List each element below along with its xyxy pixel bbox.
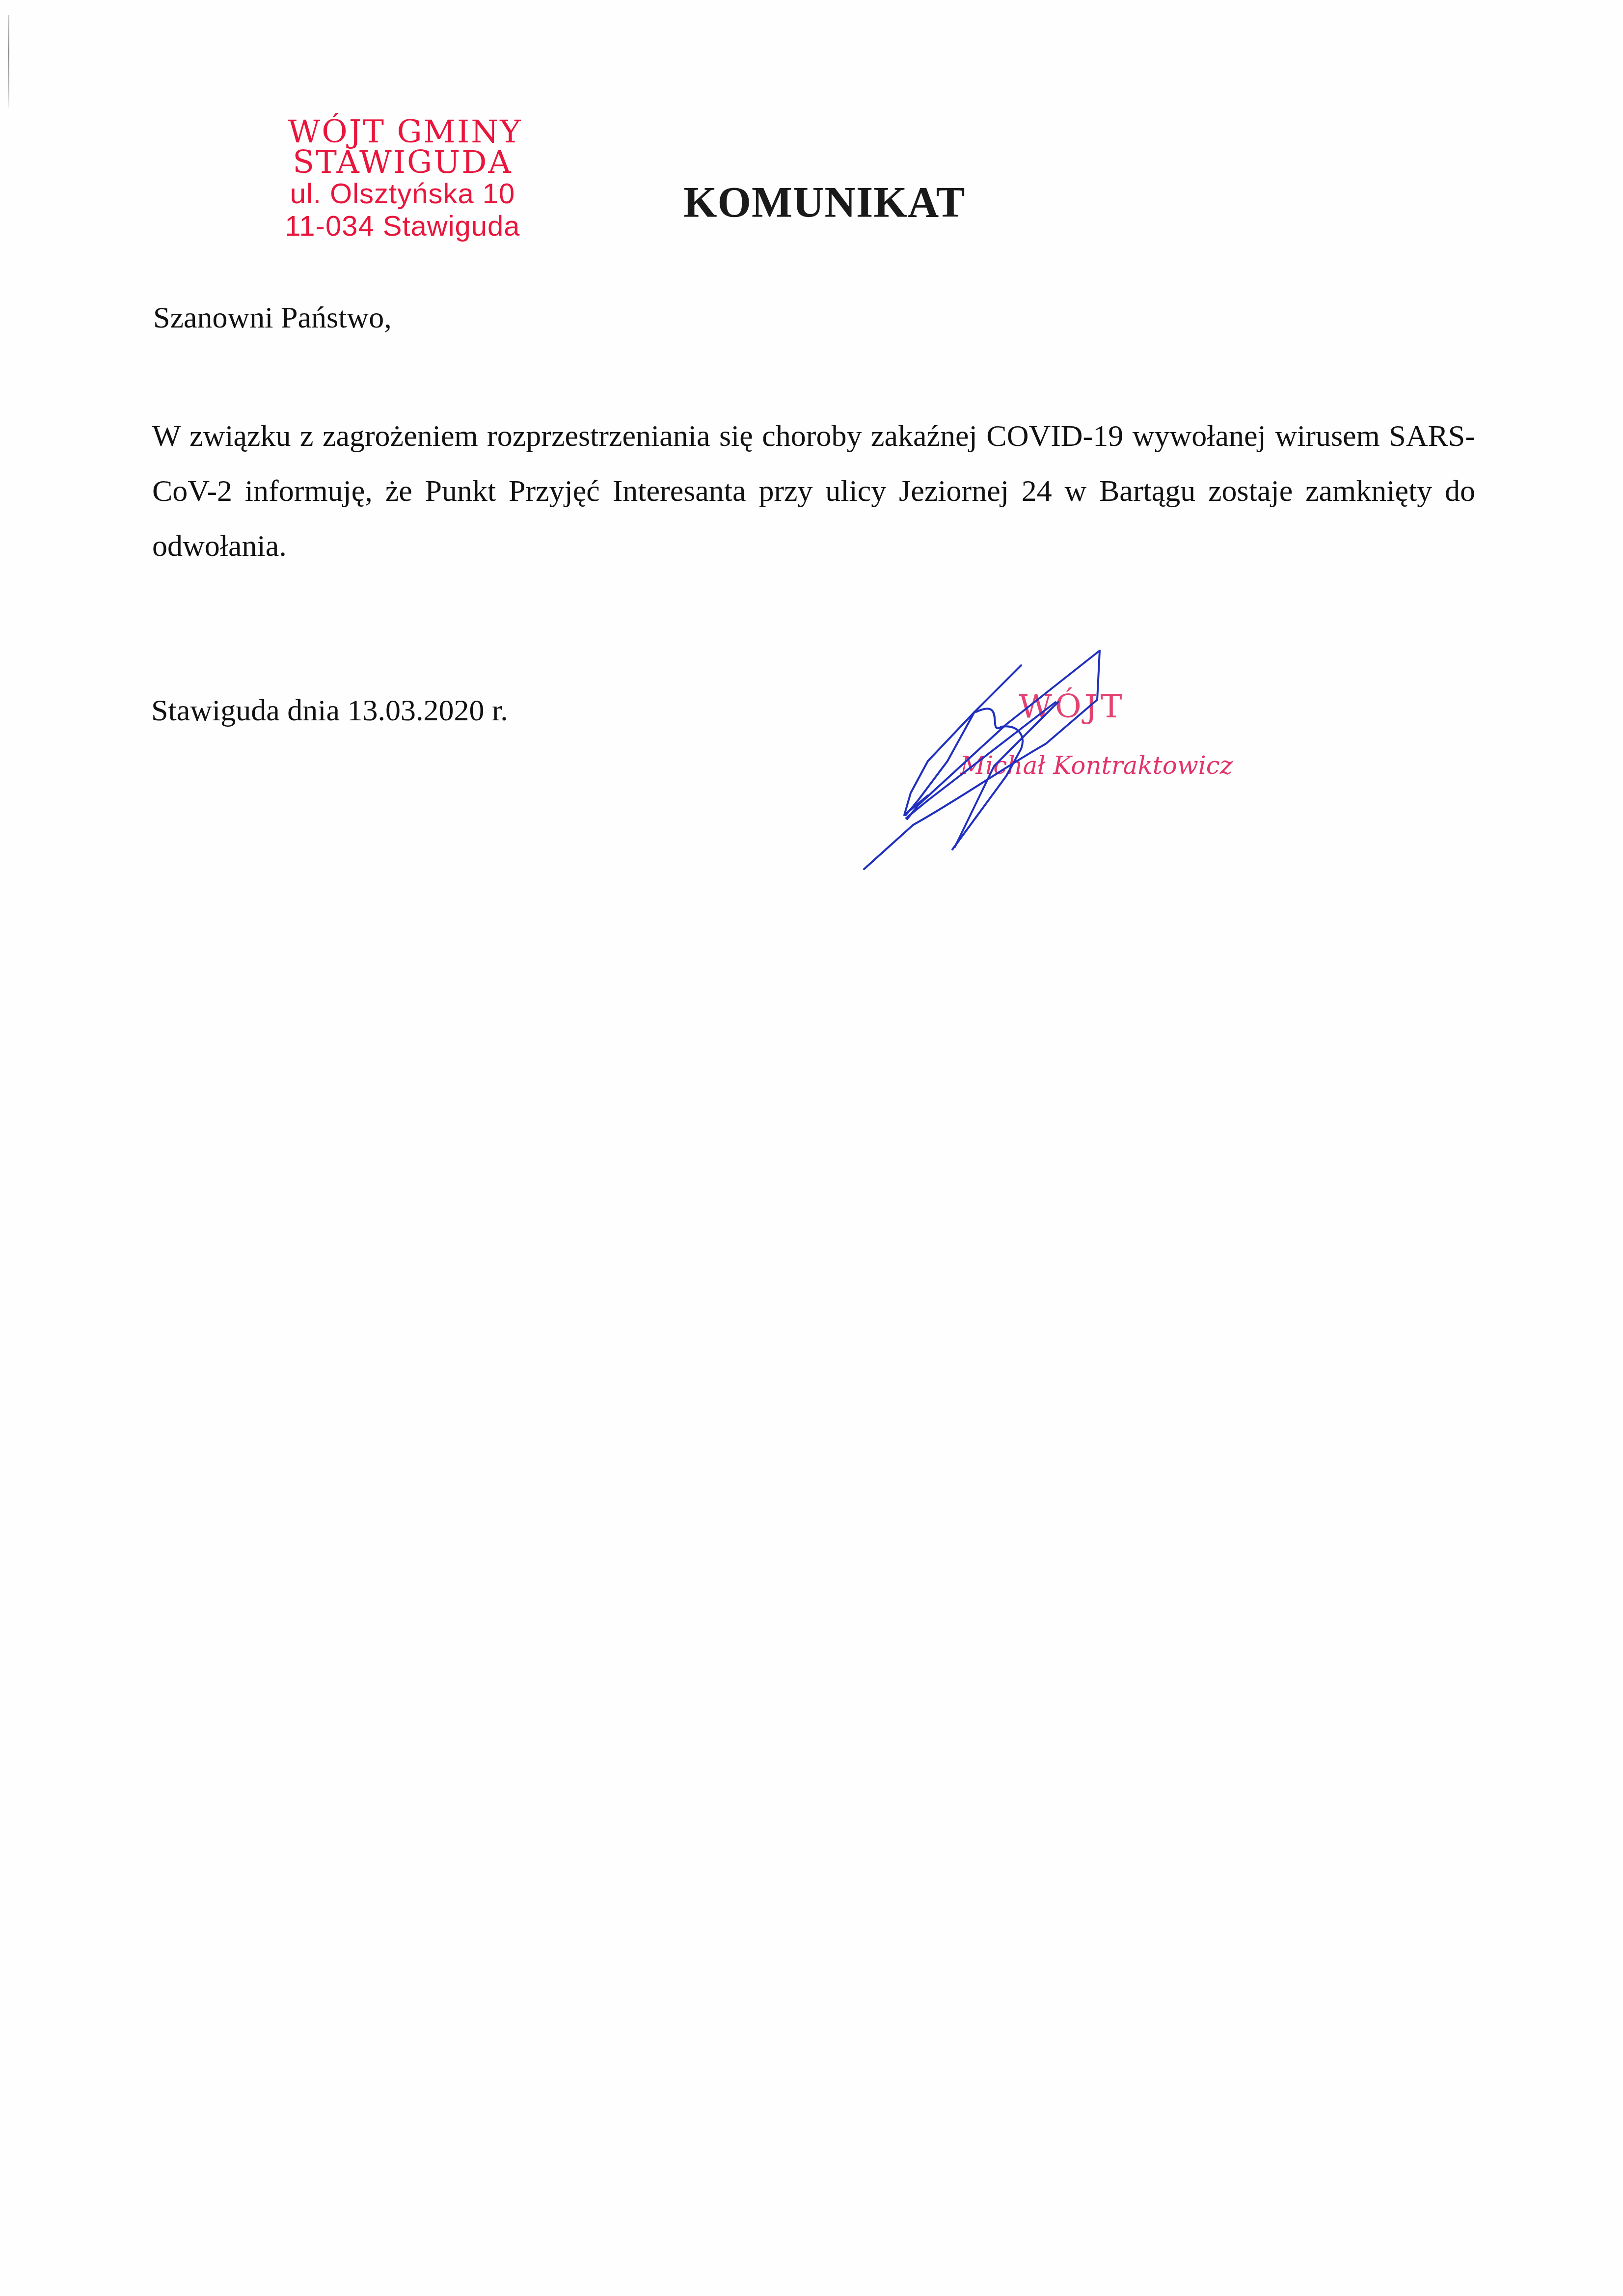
announcement-body: W związku z zagrożeniem rozprzestrzenian… bbox=[152, 409, 1475, 574]
greeting: Szanowni Państwo, bbox=[153, 301, 392, 335]
scan-edge-line bbox=[8, 15, 9, 108]
municipality-stamp: WÓJT GMINY STAWIGUDA ul. Olsztyńska 10 1… bbox=[260, 117, 545, 243]
stamp-line-street: ul. Olsztyńska 10 bbox=[260, 178, 545, 210]
stamp-line-municipality: STAWIGUDA bbox=[260, 147, 545, 178]
stamp-line-office: WÓJT GMINY bbox=[265, 117, 545, 147]
stamp-line-postcode: 11-034 Stawiguda bbox=[260, 210, 545, 243]
document-title: KOMUNIKAT bbox=[683, 178, 965, 227]
document-page: WÓJT GMINY STAWIGUDA ul. Olsztyńska 10 1… bbox=[0, 0, 1623, 2296]
place-and-date: Stawiguda dnia 13.03.2020 r. bbox=[151, 693, 508, 728]
handwritten-signature-icon bbox=[859, 638, 1325, 899]
